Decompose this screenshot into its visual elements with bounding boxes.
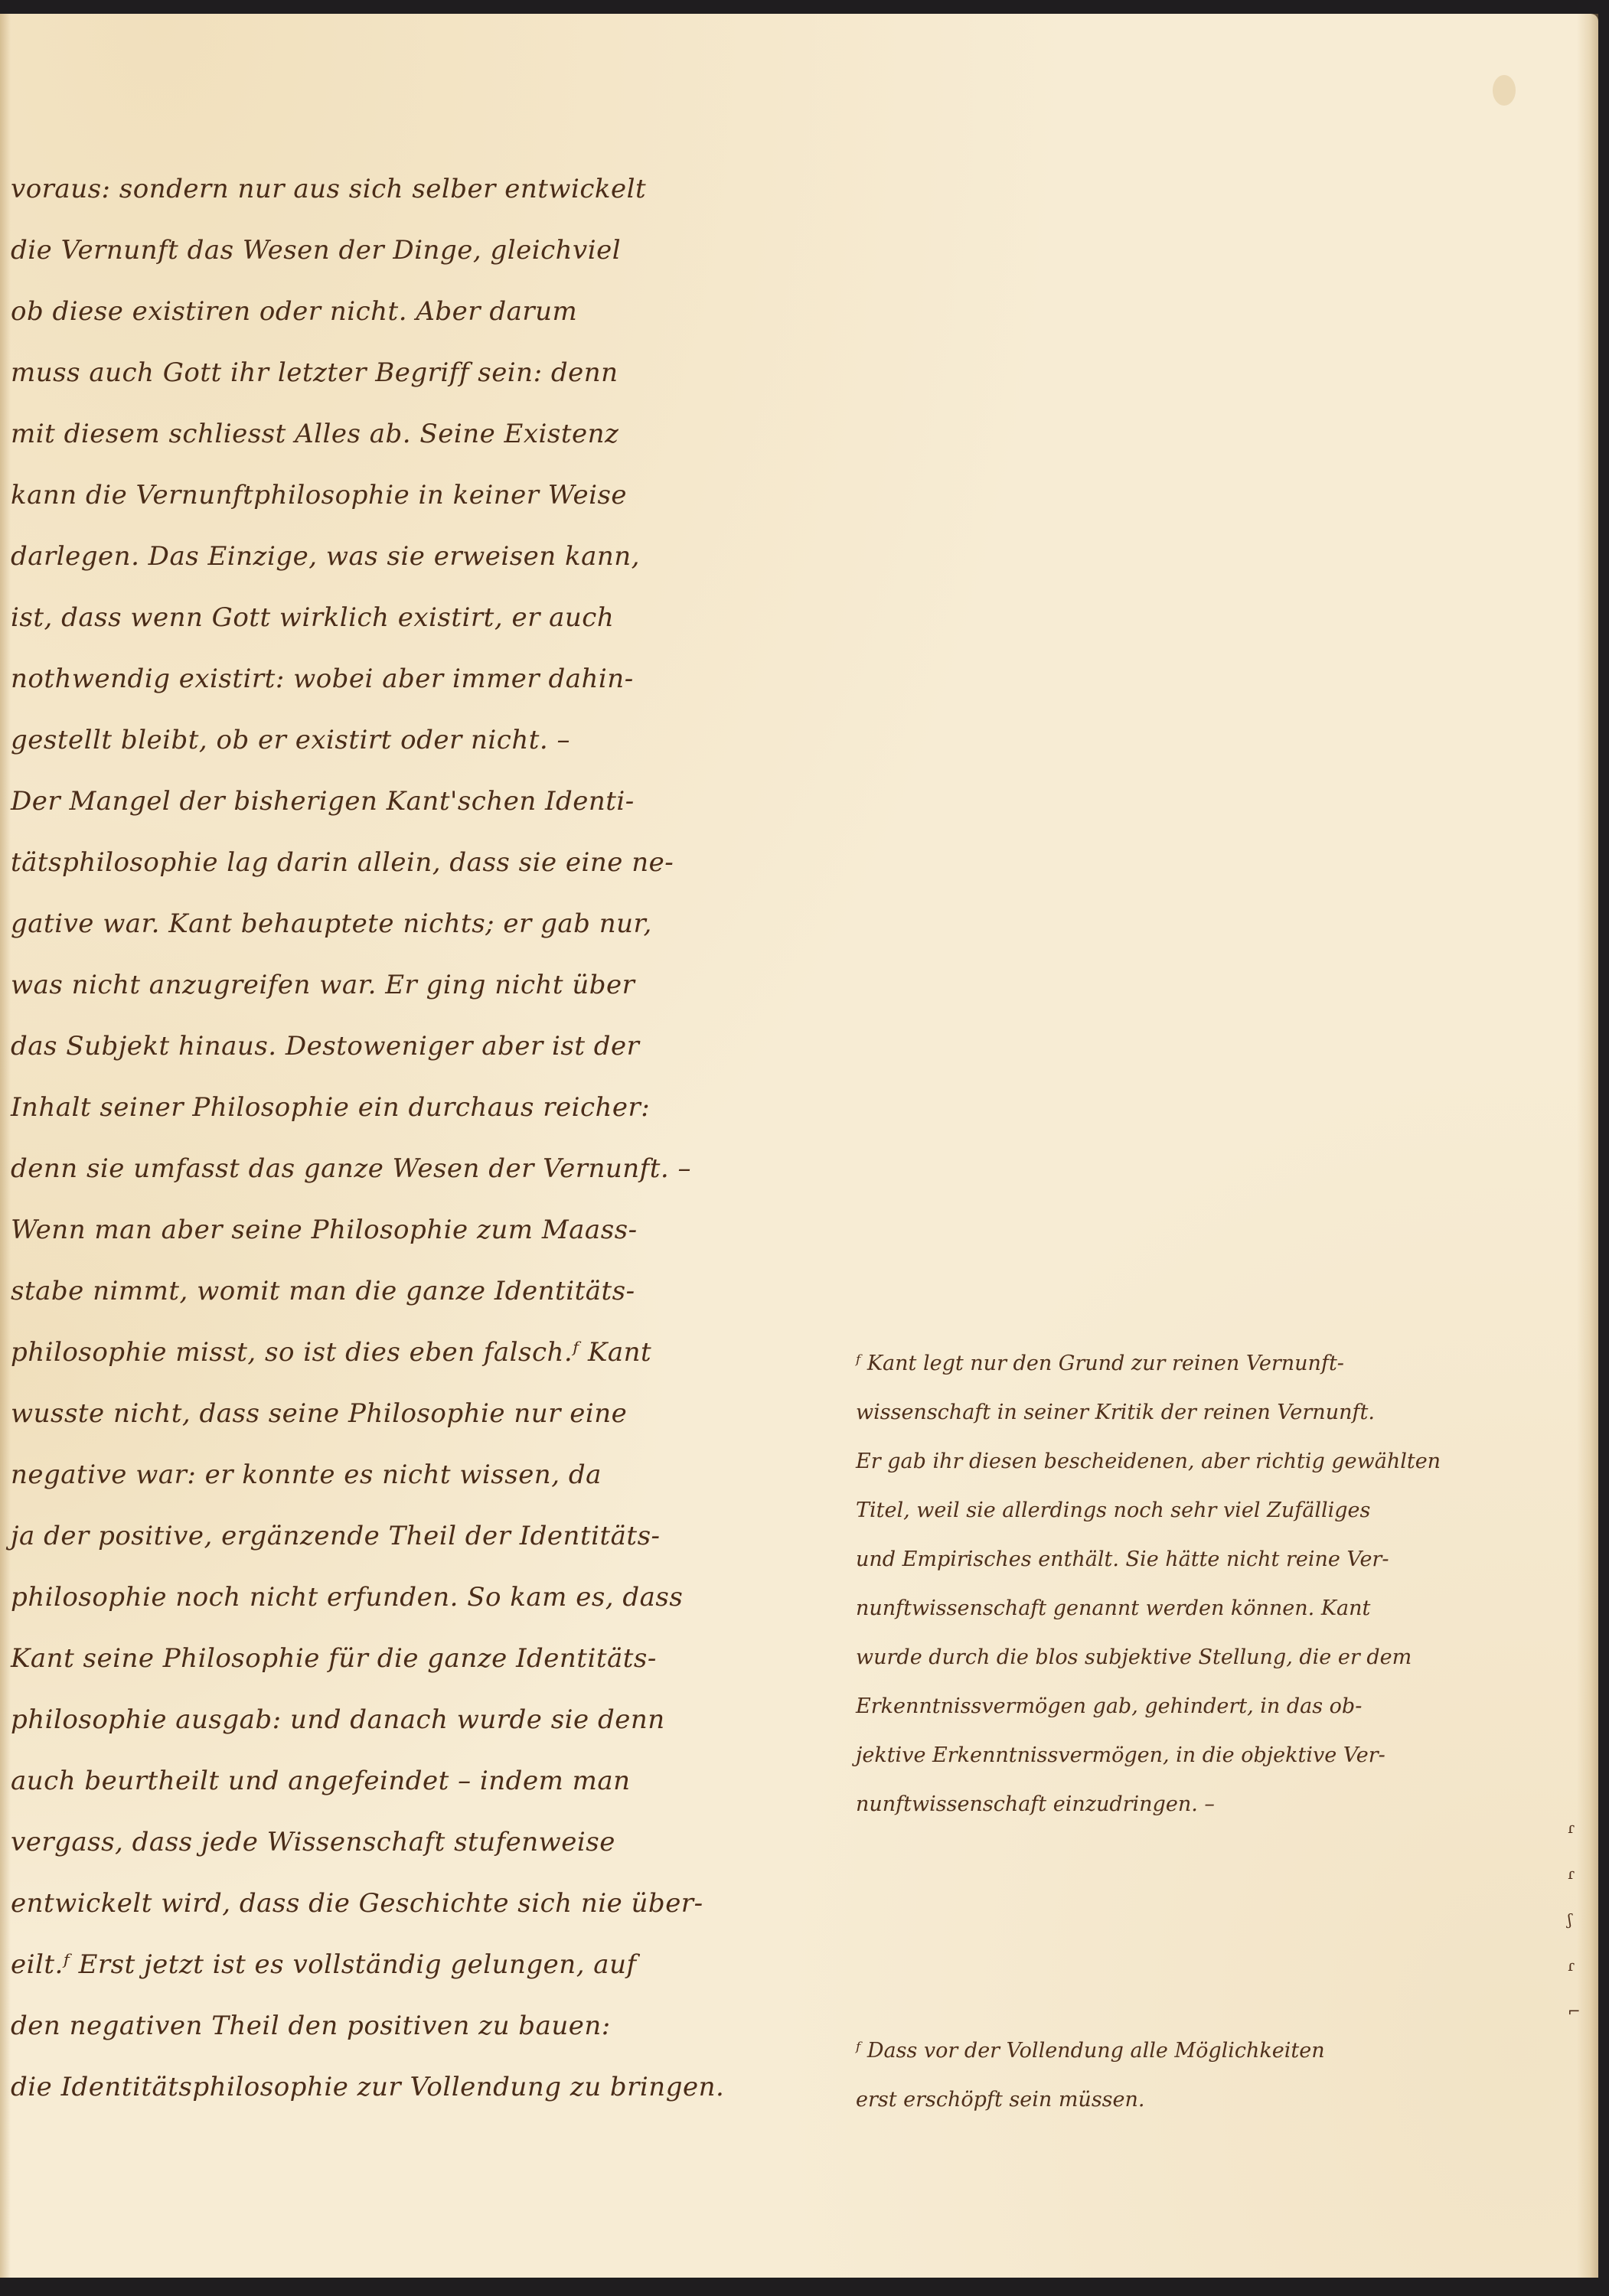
margin-marks: ɾ ɾ ʃ ɾ ⌐	[1568, 1805, 1583, 2034]
footnote-line: jektive Erkenntnissvermögen, in die obje…	[856, 1739, 1560, 1788]
text-line: ob diese existiren oder nicht. Aber daru…	[11, 293, 822, 354]
text-line: darlegen. Das Einzige, was sie erweisen …	[11, 538, 822, 599]
text-line: denn sie umfasst das ganze Wesen der Ver…	[11, 1150, 822, 1212]
text-line: vergass, dass jede Wissenschaft stufenwe…	[11, 1824, 822, 1885]
margin-mark: ɾ	[1568, 1942, 1583, 1988]
text-line: muss auch Gott ihr letzter Begriff sein:…	[11, 354, 822, 416]
margin-mark: ⌐	[1568, 1988, 1583, 2034]
margin-mark: ɾ	[1568, 1805, 1583, 1851]
text-line: entwickelt wird, dass die Geschichte sic…	[11, 1885, 822, 1946]
text-line: philosophie noch nicht erfunden. So kam …	[11, 1579, 822, 1640]
paper-stain	[1493, 75, 1516, 106]
footnote-line: wissenschaft in seiner Kritik der reinen…	[856, 1396, 1560, 1445]
text-line: was nicht anzugreifen war. Er ging nicht…	[11, 967, 822, 1028]
margin-mark: ʃ	[1568, 1896, 1583, 1942]
text-line: nothwendig existirt: wobei aber immer da…	[11, 660, 822, 722]
footnote-line: Erkenntnissvermögen gab, gehindert, in d…	[856, 1690, 1560, 1739]
text-line: die Identitätsphilosophie zur Vollendung…	[11, 2069, 822, 2130]
text-line: das Subjekt hinaus. Destoweniger aber is…	[11, 1028, 822, 1089]
footnote-line: nunftwissenschaft genannt werden können.…	[856, 1592, 1560, 1641]
text-line: ja der positive, ergänzende Theil der Id…	[11, 1518, 822, 1579]
binding-shadow	[0, 14, 11, 2278]
footnote-line: ᶠ Dass vor der Vollendung alle Möglichke…	[856, 2034, 1560, 2083]
manuscript-page: voraus: sondern nur aus sich selber entw…	[0, 14, 1598, 2278]
text-line: philosophie misst, so ist dies eben fals…	[11, 1334, 822, 1395]
text-line: gative war. Kant behauptete nichts; er g…	[11, 905, 822, 967]
footnote-1: ᶠ Kant legt nur den Grund zur reinen Ver…	[856, 1347, 1560, 1837]
text-line: kann die Vernunftphilosophie in keiner W…	[11, 477, 822, 538]
main-text-column: voraus: sondern nur aus sich selber entw…	[11, 171, 822, 2130]
text-line: Kant seine Philosophie für die ganze Ide…	[11, 1640, 822, 1701]
text-line: Inhalt seiner Philosophie ein durchaus r…	[11, 1089, 822, 1150]
footnote-line: wurde durch die blos subjektive Stellung…	[856, 1641, 1560, 1690]
text-line: mit diesem schliesst Alles ab. Seine Exi…	[11, 416, 822, 477]
text-line: den negativen Theil den positiven zu bau…	[11, 2007, 822, 2069]
footnote-line: nunftwissenschaft einzudringen. –	[856, 1788, 1560, 1837]
text-line: stabe nimmt, womit man die ganze Identit…	[11, 1273, 822, 1334]
footnote-line: und Empirisches enthält. Sie hätte nicht…	[856, 1543, 1560, 1592]
text-line: tätsphilosophie lag darin allein, dass s…	[11, 844, 822, 905]
text-line: die Vernunft das Wesen der Dinge, gleich…	[11, 232, 822, 293]
text-line: gestellt bleibt, ob er existirt oder nic…	[11, 722, 822, 783]
text-line: Der Mangel der bisherigen Kant'schen Ide…	[11, 783, 822, 844]
footnote-line: Er gab ihr diesen bescheidenen, aber ric…	[856, 1445, 1560, 1494]
text-line: wusste nicht, dass seine Philosophie nur…	[11, 1395, 822, 1456]
text-line: philosophie ausgab: und danach wurde sie…	[11, 1701, 822, 1763]
margin-mark: ɾ	[1568, 1851, 1583, 1896]
text-line: negative war: er konnte es nicht wissen,…	[11, 1456, 822, 1518]
text-line: Wenn man aber seine Philosophie zum Maas…	[11, 1212, 822, 1273]
footnote-line: Titel, weil sie allerdings noch sehr vie…	[856, 1494, 1560, 1543]
text-line: ist, dass wenn Gott wirklich existirt, e…	[11, 599, 822, 660]
footnote-2: ᶠ Dass vor der Vollendung alle Möglichke…	[856, 2034, 1560, 2132]
text-line: auch beurtheilt und angefeindet – indem …	[11, 1763, 822, 1824]
footnote-line: erst erschöpft sein müssen.	[856, 2083, 1560, 2132]
footnote-line: ᶠ Kant legt nur den Grund zur reinen Ver…	[856, 1347, 1560, 1396]
text-line: eilt.ᶠ Erst jetzt ist es vollständig gel…	[11, 1946, 822, 2007]
text-line: voraus: sondern nur aus sich selber entw…	[11, 171, 822, 232]
